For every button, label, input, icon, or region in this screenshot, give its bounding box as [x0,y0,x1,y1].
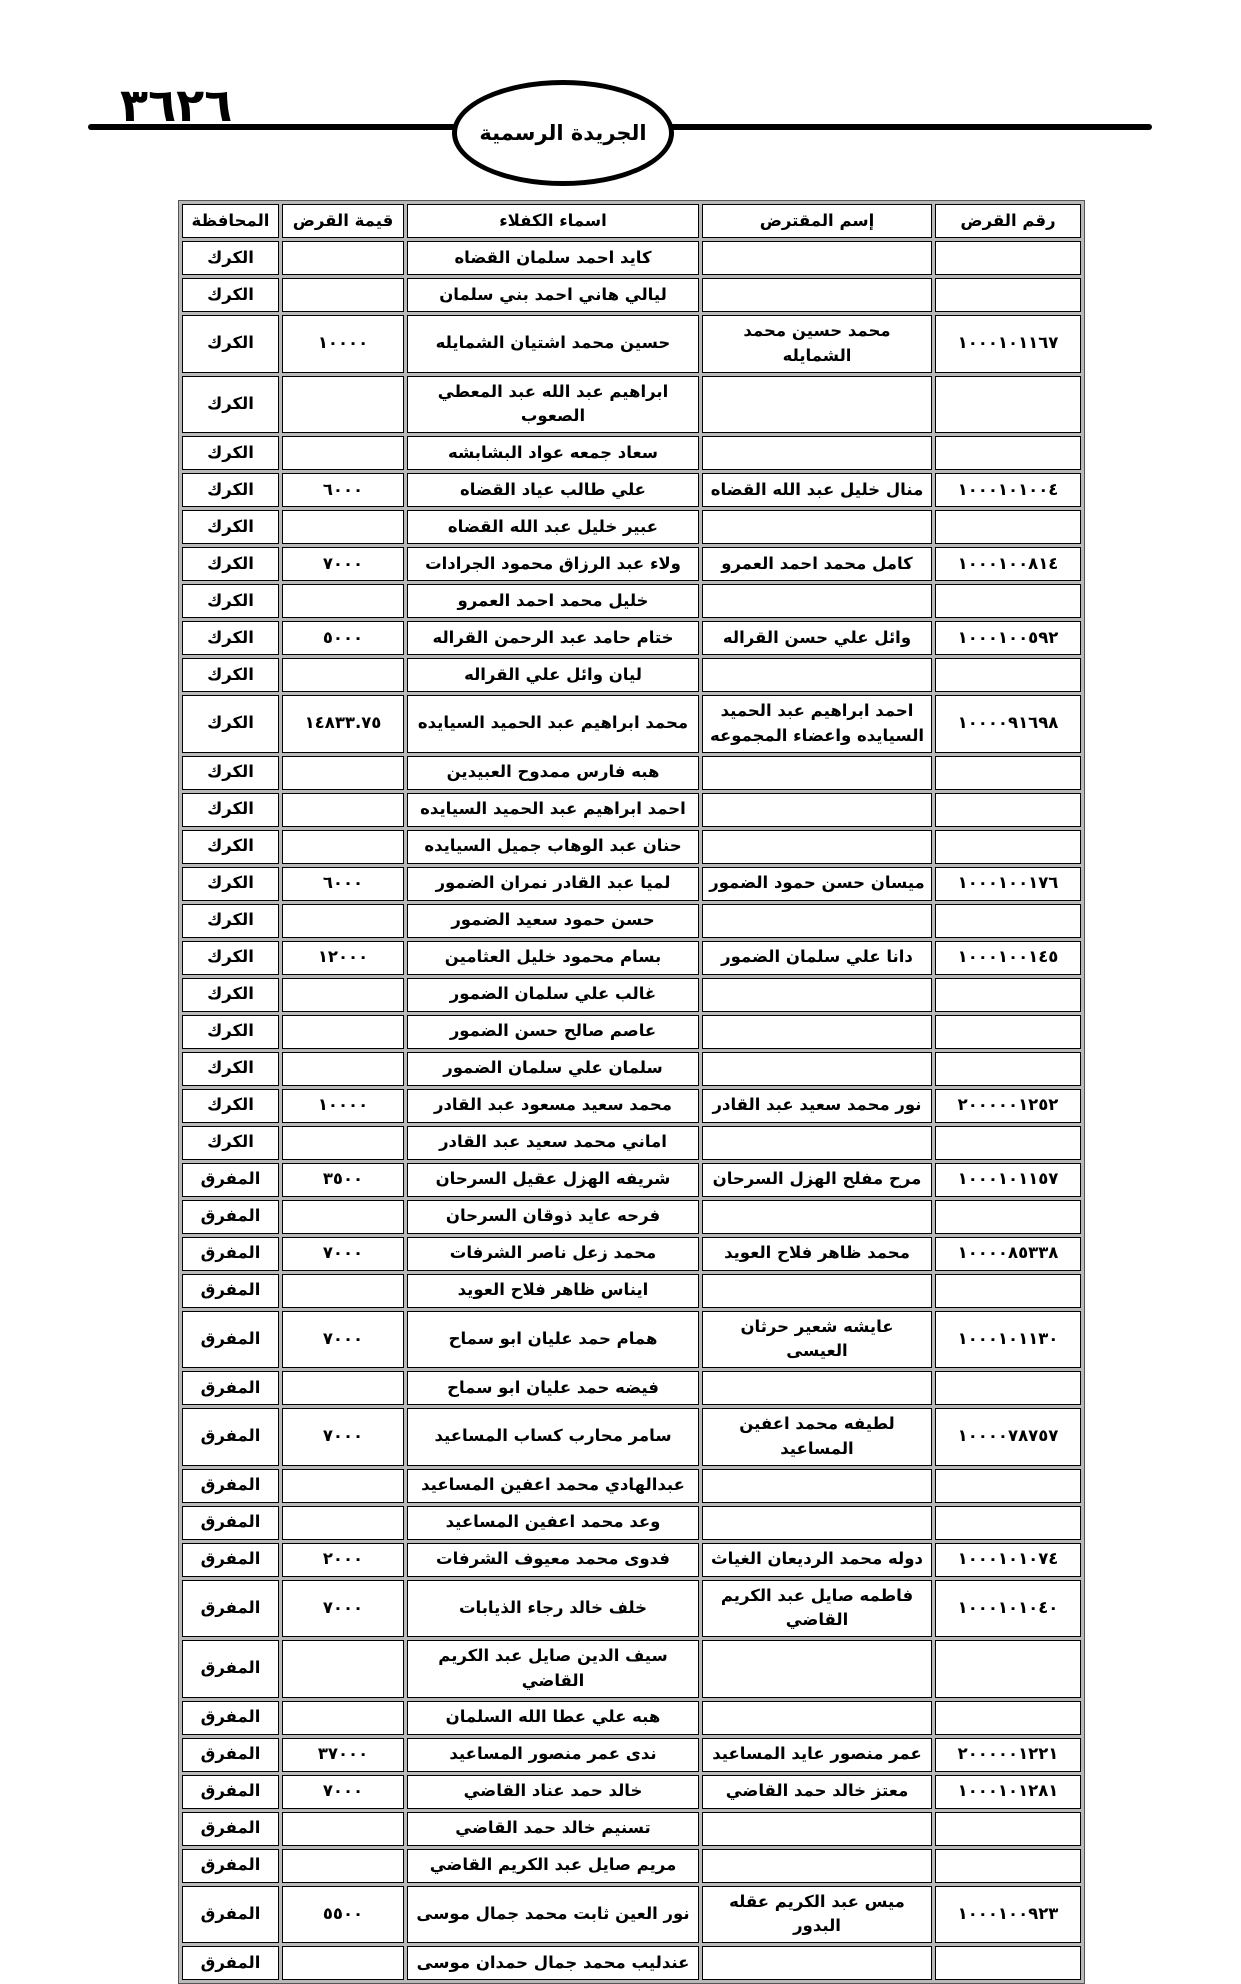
table-row: ايناس ظاهر فلاح العويدالمفرق [182,1274,1081,1308]
loan-number-cell: ١٠٠٠١٠٠١٤٥ [935,941,1081,975]
loan-number-cell [935,1469,1081,1503]
guarantor-names-header: اسماء الكفلاء [407,204,699,238]
guarantor-name-cell: سامر محارب كساب المساعيد [407,1408,699,1466]
table-row: ٢٠٠٠٠٠١٢٢١عمر منصور عايد المساعيدندى عمر… [182,1738,1081,1772]
loan-number-cell [935,1126,1081,1160]
guarantor-name-cell: سلمان علي سلمان الضمور [407,1052,699,1086]
borrower-name-cell [702,436,932,470]
loan-number-cell [935,1015,1081,1049]
guarantor-name-cell: اماني محمد سعيد عبد القادر [407,1126,699,1160]
table-row: وعد محمد اعفين المساعيدالمفرق [182,1506,1081,1540]
borrower-name-cell: ميس عبد الكريم عقله البدور [702,1886,932,1944]
governorate-cell: المفرق [182,1640,279,1698]
guarantor-name-cell: خليل محمد احمد العمرو [407,584,699,618]
borrower-name-cell [702,1469,932,1503]
governorate-cell: المفرق [182,1469,279,1503]
guarantor-name-cell: عبير خليل عبد الله القضاه [407,510,699,544]
table-row: ١٠٠٠١٠١٠٤٠فاطمه صايل عبد الكريم القاضيخل… [182,1580,1081,1638]
guarantor-name-cell: محمد سعيد مسعود عبد القادر [407,1089,699,1123]
loan-amount-cell: ٣٥٠٠ [282,1163,404,1197]
table-row: ٢٠٠٠٠٠١٢٥٢نور محمد سعيد عبد القادرمحمد س… [182,1089,1081,1123]
loan-number-cell [935,904,1081,938]
loan-number-cell [935,793,1081,827]
table-row: حنان عبد الوهاب جميل السيايدهالكرك [182,830,1081,864]
table-row: ١٠٠٠١٠٠١٧٦ميسان حسن حمود الضمورلميا عبد … [182,867,1081,901]
borrower-name-cell [702,584,932,618]
loan-amount-cell: ٥٥٠٠ [282,1886,404,1944]
loan-number-cell [935,241,1081,275]
loan-amount-cell [282,584,404,618]
governorate-cell: الكرك [182,278,279,312]
loans-table: رقم القرض إسم المقترض اسماء الكفلاء قيمة… [178,200,1085,1984]
governorate-cell: الكرك [182,867,279,901]
loan-number-cell [935,1274,1081,1308]
borrower-name-cell: محمد ظاهر فلاح العويد [702,1237,932,1271]
governorate-cell: الكرك [182,241,279,275]
guarantor-name-cell: وعد محمد اعفين المساعيد [407,1506,699,1540]
borrower-name-cell [702,1052,932,1086]
borrower-name-cell: وائل علي حسن القراله [702,621,932,655]
loan-amount-cell: ٧٠٠٠ [282,1408,404,1466]
loan-number-cell [935,1849,1081,1883]
table-row: سيف الدين صايل عبد الكريم القاضيالمفرق [182,1640,1081,1698]
guarantor-name-cell: حسن حمود سعيد الضمور [407,904,699,938]
governorate-cell: المفرق [182,1738,279,1772]
borrower-name-cell [702,1126,932,1160]
guarantor-name-cell: فرحه عايد ذوقان السرحان [407,1200,699,1234]
guarantor-name-cell: خالد حمد عناد القاضي [407,1775,699,1809]
governorate-cell: الكرك [182,436,279,470]
borrower-name-cell: مرح مفلح الهزل السرحان [702,1163,932,1197]
guarantor-name-cell: فدوى محمد معيوف الشرفات [407,1543,699,1577]
table-row: ١٠٠٠١٠١١٦٧محمد حسين محمد الشمايلهحسين مح… [182,315,1081,373]
guarantor-name-cell: ايناس ظاهر فلاح العويد [407,1274,699,1308]
guarantor-name-cell: حسين محمد اشتيان الشمايله [407,315,699,373]
loan-amount-cell: ٥٠٠٠ [282,621,404,655]
guarantor-name-cell: ابراهيم عبد الله عبد المعطي الصعوب [407,376,699,434]
table-row: عندليب محمد جمال حمدان موسىالمفرق [182,1946,1081,1980]
guarantor-name-cell: هبه فارس ممدوح العبيدين [407,756,699,790]
table-row: ليالي هاني احمد بني سلمانالكرك [182,278,1081,312]
loan-number-cell: ١٠٠٠١٠١٢٨١ [935,1775,1081,1809]
table-row: غالب علي سلمان الضمورالكرك [182,978,1081,1012]
table-row: سعاد جمعه عواد البشابشهالكرك [182,436,1081,470]
borrower-name-cell: لطيفه محمد اعفين المساعيد [702,1408,932,1466]
table-row: احمد ابراهيم عبد الحميد السيايدهالكرك [182,793,1081,827]
guarantor-name-cell: غالب علي سلمان الضمور [407,978,699,1012]
governorate-cell: الكرك [182,621,279,655]
governorate-cell: المفرق [182,1274,279,1308]
table-row: ١٠٠٠١٠٠٥٩٢وائل علي حسن القرالهختام حامد … [182,621,1081,655]
borrower-name-cell [702,1371,932,1405]
governorate-cell: المفرق [182,1371,279,1405]
guarantor-name-cell: سعاد جمعه عواد البشابشه [407,436,699,470]
loan-number-cell [935,1506,1081,1540]
table-row: فيضه حمد عليان ابو سماحالمفرق [182,1371,1081,1405]
loan-number-cell [935,658,1081,692]
borrower-name-cell [702,1015,932,1049]
loan-number-cell [935,1371,1081,1405]
governorate-cell: المفرق [182,1849,279,1883]
borrower-name-cell: فاطمه صايل عبد الكريم القاضي [702,1580,932,1638]
guarantor-name-cell: لميا عبد القادر نمران الضمور [407,867,699,901]
loan-amount-cell: ٧٠٠٠ [282,1580,404,1638]
loan-number-cell [935,584,1081,618]
governorate-cell: الكرك [182,793,279,827]
guarantor-name-cell: ولاء عبد الرزاق محمود الجرادات [407,547,699,581]
guarantor-name-cell: سيف الدين صايل عبد الكريم القاضي [407,1640,699,1698]
borrower-name-cell [702,658,932,692]
guarantor-name-cell: نور العين ثابت محمد جمال موسى [407,1886,699,1944]
borrower-name-cell: دانا علي سلمان الضمور [702,941,932,975]
loan-amount-cell: ٦٠٠٠ [282,867,404,901]
governorate-cell: المفرق [182,1543,279,1577]
borrower-name-cell: معتز خالد حمد القاضي [702,1775,932,1809]
table-row: ١٠٠٠١٠٠١٤٥دانا علي سلمان الضموربسام محمو… [182,941,1081,975]
borrower-name-cell: منال خليل عبد الله القضاه [702,473,932,507]
governorate-cell: المفرق [182,1408,279,1466]
loan-number-cell [935,978,1081,1012]
borrower-name-cell [702,1812,932,1846]
loan-amount-cell: ٧٠٠٠ [282,547,404,581]
loan-amount-cell: ١٢٠٠٠ [282,941,404,975]
loan-amount-cell [282,1126,404,1160]
gazette-banner-title: الجريدة الرسمية [479,121,646,145]
borrower-name-cell [702,1506,932,1540]
governorate-cell: الكرك [182,695,279,753]
loan-amount-cell [282,436,404,470]
governorate-cell: المفرق [182,1701,279,1735]
table-header-row: رقم القرض إسم المقترض اسماء الكفلاء قيمة… [182,204,1081,238]
borrower-name-cell [702,1946,932,1980]
guarantor-name-cell: ندى عمر منصور المساعيد [407,1738,699,1772]
table-row: عاصم صالح حسن الضمورالكرك [182,1015,1081,1049]
table-row: ١٠٠٠١٠١١٥٧مرح مفلح الهزل السرحانشريفه ال… [182,1163,1081,1197]
table-row: سلمان علي سلمان الضمورالكرك [182,1052,1081,1086]
guarantor-name-cell: شريفه الهزل عقيل السرحان [407,1163,699,1197]
loan-number-header: رقم القرض [935,204,1081,238]
borrower-name-cell [702,241,932,275]
loan-amount-cell [282,658,404,692]
governorate-header: المحافظة [182,204,279,238]
loan-amount-cell [282,1640,404,1698]
loan-amount-cell [282,1506,404,1540]
governorate-cell: الكرك [182,978,279,1012]
governorate-cell: الكرك [182,473,279,507]
borrower-name-cell: ميسان حسن حمود الضمور [702,867,932,901]
governorate-cell: الكرك [182,1126,279,1160]
loan-number-cell: ١٠٠٠١٠٠٥٩٢ [935,621,1081,655]
governorate-cell: الكرك [182,756,279,790]
loan-amount-cell: ٢٠٠٠ [282,1543,404,1577]
borrower-name-cell [702,1640,932,1698]
borrower-name-cell: عايشه شعير حرثان العيسى [702,1311,932,1369]
loan-amount-cell [282,1849,404,1883]
governorate-cell: الكرك [182,584,279,618]
loan-number-cell: ١٠٠٠٠٧٨٧٥٧ [935,1408,1081,1466]
borrower-name-cell [702,1200,932,1234]
guarantor-name-cell: محمد ابراهيم عبد الحميد السيايده [407,695,699,753]
table-row: مريم صايل عبد الكريم القاضيالمفرق [182,1849,1081,1883]
loan-amount-cell: ١٠٠٠٠ [282,1089,404,1123]
borrower-name-cell: كامل محمد احمد العمرو [702,547,932,581]
borrower-name-cell [702,1849,932,1883]
loans-table-body: كايد احمد سلمان القضاهالكركليالي هاني اح… [182,241,1081,1980]
page-header: ٣٦٢٦ الجريدة الرسمية [0,0,1241,200]
borrower-name-cell [702,904,932,938]
loan-amount-cell [282,1052,404,1086]
table-row: ١٠٠٠١٠١١٣٠عايشه شعير حرثان العيسىهمام حم… [182,1311,1081,1369]
guarantor-name-cell: عبدالهادي محمد اعفين المساعيد [407,1469,699,1503]
guarantor-name-cell: ليالي هاني احمد بني سلمان [407,278,699,312]
table-row: ١٠٠٠٠٩١٦٩٨احمد ابراهيم عبد الحميد السياي… [182,695,1081,753]
table-row: هبه فارس ممدوح العبيدينالكرك [182,756,1081,790]
guarantor-name-cell: محمد زعل ناصر الشرفات [407,1237,699,1271]
governorate-cell: المفرق [182,1506,279,1540]
table-row: ١٠٠٠١٠٠٨١٤كامل محمد احمد العمروولاء عبد … [182,547,1081,581]
loan-amount-cell [282,510,404,544]
borrower-name-cell [702,830,932,864]
loan-amount-cell [282,1701,404,1735]
governorate-cell: الكرك [182,658,279,692]
governorate-cell: المفرق [182,1775,279,1809]
borrower-name-cell [702,278,932,312]
loan-amount-cell [282,793,404,827]
governorate-cell: الكرك [182,510,279,544]
loan-number-cell [935,1200,1081,1234]
guarantor-name-cell: كايد احمد سلمان القضاه [407,241,699,275]
loan-amount-cell [282,756,404,790]
governorate-cell: المفرق [182,1311,279,1369]
loan-number-cell [935,1701,1081,1735]
borrower-name-cell: احمد ابراهيم عبد الحميد السيايده واعضاء … [702,695,932,753]
governorate-cell: المفرق [182,1580,279,1638]
table-row: تسنيم خالد حمد القاضيالمفرق [182,1812,1081,1846]
loan-amount-cell [282,278,404,312]
governorate-cell: الكرك [182,376,279,434]
guarantor-name-cell: عاصم صالح حسن الضمور [407,1015,699,1049]
loan-number-cell: ١٠٠٠١٠١١٦٧ [935,315,1081,373]
loan-number-cell: ٢٠٠٠٠٠١٢٢١ [935,1738,1081,1772]
governorate-cell: الكرك [182,941,279,975]
table-row: كايد احمد سلمان القضاهالكرك [182,241,1081,275]
loans-table-wrap: رقم القرض إسم المقترض اسماء الكفلاء قيمة… [178,200,1085,1984]
guarantor-name-cell: فيضه حمد عليان ابو سماح [407,1371,699,1405]
gazette-banner-oval: الجريدة الرسمية [452,80,674,186]
guarantor-name-cell: علي طالب عياد القضاه [407,473,699,507]
guarantor-name-cell: احمد ابراهيم عبد الحميد السيايده [407,793,699,827]
loan-number-cell [935,376,1081,434]
loan-amount-cell [282,376,404,434]
loan-amount-cell [282,1469,404,1503]
borrower-name-cell [702,756,932,790]
governorate-cell: المفرق [182,1886,279,1944]
loan-number-cell [935,1640,1081,1698]
loan-amount-cell: ١٠٠٠٠ [282,315,404,373]
loan-number-cell: ١٠٠٠١٠١١٣٠ [935,1311,1081,1369]
guarantor-name-cell: عندليب محمد جمال حمدان موسى [407,1946,699,1980]
table-row: ١٠٠٠٠٨٥٣٣٨محمد ظاهر فلاح العويدمحمد زعل … [182,1237,1081,1271]
loan-number-cell: ١٠٠٠٠٨٥٣٣٨ [935,1237,1081,1271]
borrower-name-cell: عمر منصور عايد المساعيد [702,1738,932,1772]
loan-amount-cell: ٧٠٠٠ [282,1775,404,1809]
table-row: حسن حمود سعيد الضمورالكرك [182,904,1081,938]
governorate-cell: الكرك [182,547,279,581]
table-row: ١٠٠٠٠٧٨٧٥٧لطيفه محمد اعفين المساعيدسامر … [182,1408,1081,1466]
loan-amount-cell: ٦٠٠٠ [282,473,404,507]
loan-amount-cell [282,1812,404,1846]
loan-number-cell: ١٠٠٠١٠٠٨١٤ [935,547,1081,581]
governorate-cell: الكرك [182,1052,279,1086]
table-row: ١٠٠٠١٠١٠٠٤منال خليل عبد الله القضاهعلي ط… [182,473,1081,507]
borrower-name-cell [702,1701,932,1735]
loan-number-cell: ٢٠٠٠٠٠١٢٥٢ [935,1089,1081,1123]
loan-amount-cell [282,1200,404,1234]
loan-amount-cell: ١٤٨٣٣.٧٥ [282,695,404,753]
table-row: خليل محمد احمد العمروالكرك [182,584,1081,618]
guarantor-name-cell: هبه علي عطا الله السلمان [407,1701,699,1735]
guarantor-name-cell: ختام حامد عبد الرحمن القراله [407,621,699,655]
loan-number-cell [935,830,1081,864]
borrower-name-cell: نور محمد سعيد عبد القادر [702,1089,932,1123]
loan-amount-cell [282,1371,404,1405]
table-row: ليان وائل علي القرالهالكرك [182,658,1081,692]
loan-amount-cell [282,1274,404,1308]
loan-number-cell [935,436,1081,470]
loan-amount-cell: ٧٠٠٠ [282,1237,404,1271]
loan-number-cell: ١٠٠٠١٠١٠٠٤ [935,473,1081,507]
loan-number-cell: ١٠٠٠١٠٠١٧٦ [935,867,1081,901]
guarantor-name-cell: بسام محمود خليل العثامين [407,941,699,975]
table-row: عبير خليل عبد الله القضاهالكرك [182,510,1081,544]
governorate-cell: المفرق [182,1237,279,1271]
loan-amount-cell [282,978,404,1012]
loan-number-cell: ١٠٠٠٠٩١٦٩٨ [935,695,1081,753]
table-row: ١٠٠٠١٠٠٩٢٣ميس عبد الكريم عقله البدورنور … [182,1886,1081,1944]
loan-number-cell: ١٠٠٠١٠٠٩٢٣ [935,1886,1081,1944]
borrower-name-header: إسم المقترض [702,204,932,238]
borrower-name-cell [702,1274,932,1308]
governorate-cell: الكرك [182,315,279,373]
loan-amount-cell [282,904,404,938]
governorate-cell: الكرك [182,904,279,938]
guarantor-name-cell: مريم صايل عبد الكريم القاضي [407,1849,699,1883]
borrower-name-cell [702,793,932,827]
loan-amount-cell [282,241,404,275]
loan-number-cell [935,756,1081,790]
loan-number-cell [935,510,1081,544]
borrower-name-cell: محمد حسين محمد الشمايله [702,315,932,373]
governorate-cell: المفرق [182,1812,279,1846]
table-row: ١٠٠٠١٠١٢٨١معتز خالد حمد القاضيخالد حمد ع… [182,1775,1081,1809]
table-row: ١٠٠٠١٠١٠٧٤دوله محمد الرديعان الغياثفدوى … [182,1543,1081,1577]
guarantor-name-cell: ليان وائل علي القراله [407,658,699,692]
governorate-cell: المفرق [182,1946,279,1980]
table-row: اماني محمد سعيد عبد القادرالكرك [182,1126,1081,1160]
guarantor-name-cell: همام حمد عليان ابو سماح [407,1311,699,1369]
loan-number-cell [935,278,1081,312]
governorate-cell: الكرك [182,1089,279,1123]
table-row: عبدالهادي محمد اعفين المساعيدالمفرق [182,1469,1081,1503]
table-row: ابراهيم عبد الله عبد المعطي الصعوبالكرك [182,376,1081,434]
governorate-cell: المفرق [182,1163,279,1197]
loan-amount-cell [282,830,404,864]
loan-amount-header: قيمة القرض [282,204,404,238]
guarantor-name-cell: خلف خالد رجاء الذيابات [407,1580,699,1638]
loan-number-cell [935,1052,1081,1086]
governorate-cell: الكرك [182,1015,279,1049]
governorate-cell: المفرق [182,1200,279,1234]
table-row: فرحه عايد ذوقان السرحانالمفرق [182,1200,1081,1234]
loan-amount-cell [282,1015,404,1049]
borrower-name-cell [702,376,932,434]
loan-number-cell: ١٠٠٠١٠١٠٤٠ [935,1580,1081,1638]
borrower-name-cell [702,510,932,544]
loan-number-cell [935,1946,1081,1980]
loan-amount-cell: ٣٧٠٠٠ [282,1738,404,1772]
guarantor-name-cell: تسنيم خالد حمد القاضي [407,1812,699,1846]
governorate-cell: الكرك [182,830,279,864]
borrower-name-cell: دوله محمد الرديعان الغياث [702,1543,932,1577]
guarantor-name-cell: حنان عبد الوهاب جميل السيايده [407,830,699,864]
table-row: هبه علي عطا الله السلمانالمفرق [182,1701,1081,1735]
loan-amount-cell: ٧٠٠٠ [282,1311,404,1369]
loan-amount-cell [282,1946,404,1980]
loan-number-cell: ١٠٠٠١٠١١٥٧ [935,1163,1081,1197]
loan-number-cell: ١٠٠٠١٠١٠٧٤ [935,1543,1081,1577]
loan-number-cell [935,1812,1081,1846]
borrower-name-cell [702,978,932,1012]
